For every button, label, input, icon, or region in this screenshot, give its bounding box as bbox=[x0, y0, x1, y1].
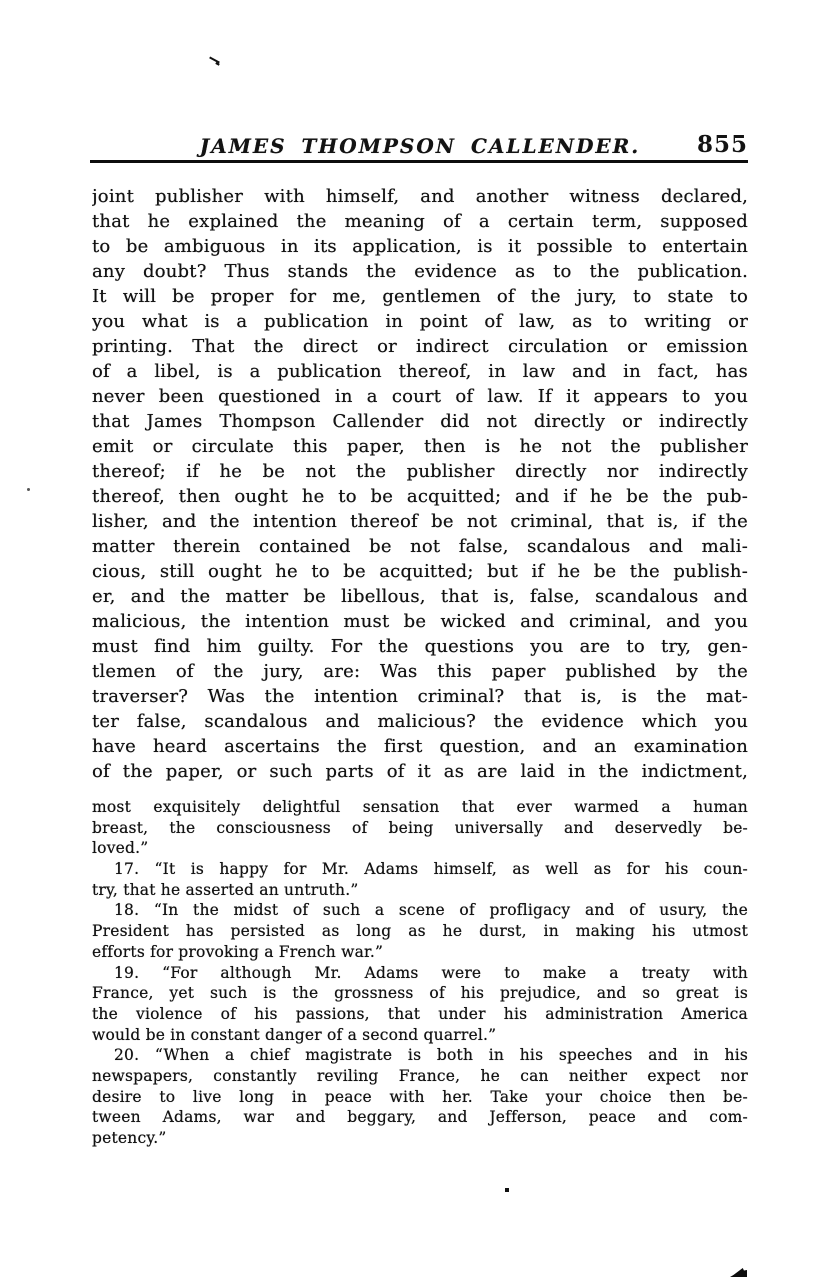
body-line: any doubt? Thus stands the evidence as t… bbox=[92, 259, 748, 284]
body-text: joint publisher with himself, and anothe… bbox=[92, 184, 748, 784]
body-line: er, and the matter be libellous, that is… bbox=[92, 584, 748, 609]
body-line: emit or circulate this paper, then is he… bbox=[92, 434, 748, 459]
body-line: cious, still ought he to be acquitted; b… bbox=[92, 559, 748, 584]
footnotes: most exquisitely delightful sensation th… bbox=[92, 797, 748, 1149]
body-line: of the paper, or such parts of it as are… bbox=[92, 759, 748, 784]
footnote-line: 18. “In the midst of such a scene of pro… bbox=[92, 900, 748, 921]
ink-wedge-icon bbox=[730, 1267, 747, 1277]
body-line: printing. That the direct or indirect ci… bbox=[92, 334, 748, 359]
footnote-line: would be in constant danger of a second … bbox=[92, 1025, 748, 1046]
body-line: thereof; if he be not the publisher dire… bbox=[92, 459, 748, 484]
footnote-line: tween Adams, war and beggary, and Jeffer… bbox=[92, 1107, 748, 1128]
footnote-line: efforts for provoking a French war.” bbox=[92, 942, 748, 963]
body-line: matter therein contained be not false, s… bbox=[92, 534, 748, 559]
book-page: JAMES THOMPSON CALLENDER. 855 joint publ… bbox=[0, 0, 836, 1284]
footnote-line: 20. “When a chief magistrate is both in … bbox=[92, 1045, 748, 1066]
body-line: have heard ascertains the first question… bbox=[92, 734, 748, 759]
body-line: It will be proper for me, gentlemen of t… bbox=[92, 284, 748, 309]
body-line: of a libel, is a publication thereof, in… bbox=[92, 359, 748, 384]
footnote-line: President has persisted as long as he du… bbox=[92, 921, 748, 942]
body-line: must find him guilty. For the questions … bbox=[92, 634, 748, 659]
body-line: traverser? Was the intention criminal? t… bbox=[92, 684, 748, 709]
body-line: to be ambiguous in its application, is i… bbox=[92, 234, 748, 259]
running-header-title: JAMES THOMPSON CALLENDER. bbox=[200, 134, 641, 158]
footnote-line: loved.” bbox=[92, 838, 748, 859]
body-line: ter false, scandalous and malicious? the… bbox=[92, 709, 748, 734]
footnote-line: 17. “It is happy for Mr. Adams himself, … bbox=[92, 859, 748, 880]
body-line: lisher, and the intention thereof be not… bbox=[92, 509, 748, 534]
ink-dot-icon bbox=[27, 488, 30, 491]
footnote-line: breast, the consciousness of being unive… bbox=[92, 818, 748, 839]
footnote-line: the violence of his passions, that under… bbox=[92, 1004, 748, 1025]
body-line: that he explained the meaning of a certa… bbox=[92, 209, 748, 234]
body-line: never been questioned in a court of law.… bbox=[92, 384, 748, 409]
footnote-line: desire to live long in peace with her. T… bbox=[92, 1087, 748, 1108]
header-rule bbox=[90, 160, 748, 163]
ink-speck-icon bbox=[209, 57, 220, 64]
page-number: 855 bbox=[697, 131, 748, 158]
footnote-line: most exquisitely delightful sensation th… bbox=[92, 797, 748, 818]
footnote-line: petency.” bbox=[92, 1128, 748, 1149]
body-line: that James Thompson Callender did not di… bbox=[92, 409, 748, 434]
ink-dot-icon bbox=[505, 1188, 509, 1192]
body-line: joint publisher with himself, and anothe… bbox=[92, 184, 748, 209]
running-header: JAMES THOMPSON CALLENDER. 855 bbox=[92, 134, 748, 160]
body-line: malicious, the intention must be wicked … bbox=[92, 609, 748, 634]
body-line: thereof, then ought he to be acquitted; … bbox=[92, 484, 748, 509]
footnote-line: 19. “For although Mr. Adams were to make… bbox=[92, 963, 748, 984]
body-line: tlemen of the jury, are: Was this paper … bbox=[92, 659, 748, 684]
footnote-line: France, yet such is the grossness of his… bbox=[92, 983, 748, 1004]
footnote-line: try, that he asserted an untruth.” bbox=[92, 880, 748, 901]
footnote-line: newspapers, constantly reviling France, … bbox=[92, 1066, 748, 1087]
body-line: you what is a publication in point of la… bbox=[92, 309, 748, 334]
